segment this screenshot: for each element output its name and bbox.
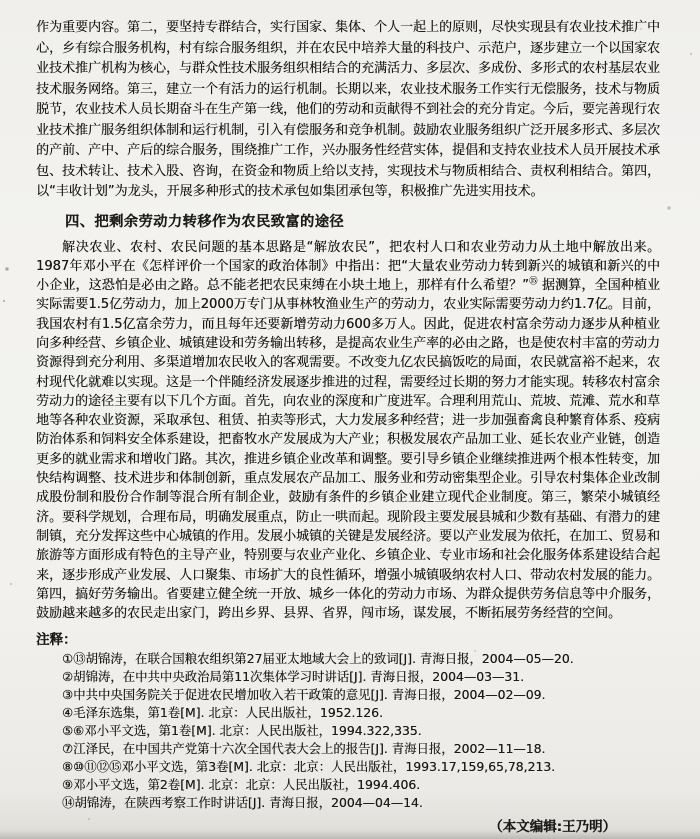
page-content: 作为重要内容。第二，要坚持专群结合，实行国家、集体、个人一起上的原则，尽快实现县… (0, 0, 700, 835)
editor-credit: （本文编辑:王乃明） (36, 815, 660, 835)
note-item: ③中共中央国务院关于促进农民增加收入若干政策的意见[J]. 青海日报，2004—… (36, 686, 660, 704)
continuation-paragraph: 作为重要内容。第二，要坚持专群结合，实行国家、集体、个人一起上的原则，尽快实现县… (36, 18, 660, 203)
note-item: ⑤⑥邓小平文选，第1卷[M]. 北京：人民出版社，1994.322,335. (36, 722, 660, 740)
note-item: ⑨邓小平文选，第2卷[M]. 北京：北京：人民出版社，1994.406. (36, 776, 660, 794)
notes-label: 注释： (36, 631, 660, 650)
scanned-page: 作为重要内容。第二，要坚持专群结合，实行国家、集体、个人一起上的原则，尽快实现县… (0, 0, 700, 839)
note-item: ⑦江泽民，在中国共产党第十六次全国代表大会上的报告[J]. 青海日报，2002—… (36, 740, 660, 758)
note-item: ①⑬胡锦涛，在联合国粮农组织第27届亚太地域大会上的致词[J]. 青海日报，20… (36, 650, 660, 668)
body-paragraph: 解决农业、农村、农民问题的基本思路是“解放农民”，把农村人口和农业劳动力从土地中… (36, 238, 660, 624)
note-item: ④毛泽东选集，第1卷[M]. 北京：人民出版社，1952.126. (36, 704, 660, 722)
body-paragraph-text-2: 据测算，全国种植业实际需要1.5亿劳动力，加上2000万专门从事林牧渔业生产的劳… (36, 278, 660, 621)
notes-section: 注释： ①⑬胡锦涛，在联合国粮农组织第27届亚太地域大会上的致词[J]. 青海日… (36, 631, 660, 812)
note-ref-superscript: ⑮ (529, 277, 538, 287)
note-item: ⑭胡锦涛，在陕西考察工作时讲话[J]. 青海日报，2004—04—14. (36, 794, 660, 812)
note-item: ⑧⑩⑪⑫⑮邓小平文选，第3卷[M]. 北京：北京：人民出版社，1993.17,1… (36, 758, 660, 776)
note-item: ②胡锦涛，在中共中央政治局第11次集体学习时讲话[J]. 青海日报，2004—0… (36, 668, 660, 686)
section-heading: 四、把剩余劳动力转移作为农民致富的途径 (36, 211, 660, 231)
